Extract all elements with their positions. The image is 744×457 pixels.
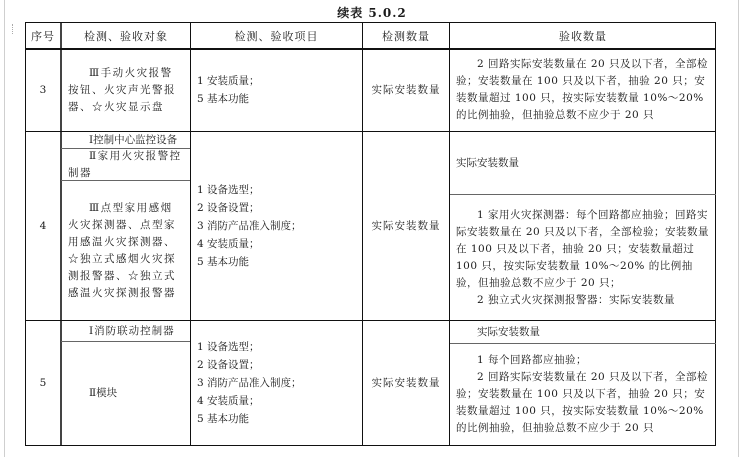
page-right-edge bbox=[738, 0, 739, 457]
row4-accept-qty-2: 1 家用火灾探测器：每个回路都应抽验；回路实际安装数量在 20 只及以下者，全部… bbox=[450, 195, 716, 320]
row4-item-4: 4 安装质量； bbox=[197, 235, 302, 253]
row5-item-3: 3 消防产品准入制度； bbox=[197, 374, 302, 392]
row5-no: 5 bbox=[26, 321, 60, 445]
row3-items-list: 1 安装质量； 5 基本功能 bbox=[197, 72, 260, 108]
row4-accept-qty-1: 实际安装数量 bbox=[450, 132, 716, 194]
row5-accept-qty-2: 1 每个回路都应抽验； 2 回路实际安装数量在 20 只及以下者，全部检验；安装… bbox=[450, 344, 716, 445]
header-object: 检测、验收对象 bbox=[62, 23, 190, 49]
row4-items: 1 设备选型； 2 设备设置； 3 消防产品准入制度； 4 安装质量； 5 基本… bbox=[191, 132, 362, 320]
row5-object-1: Ⅰ消防联动控制器 bbox=[62, 321, 190, 341]
row4-items-list: 1 设备选型； 2 设备设置； 3 消防产品准入制度； 4 安装质量； 5 基本… bbox=[197, 181, 302, 271]
row5-object-2: Ⅱ模块 bbox=[62, 342, 190, 445]
header-accept-qty: 验收数量 bbox=[450, 23, 716, 49]
row4-accept-text-2: 1 家用火灾探测器：每个回路都应抽验；回路实际安装数量在 20 只及以下者，全部… bbox=[456, 207, 710, 292]
row3-item-5: 5 基本功能 bbox=[197, 90, 260, 108]
row5-items: 1 设备选型； 2 设备设置； 3 消防产品准入制度； 4 安装质量； 5 基本… bbox=[191, 321, 362, 445]
header-detect-qty: 检测数量 bbox=[363, 23, 449, 49]
row4-object-2: Ⅱ家用火灾报警控制器 bbox=[62, 149, 190, 180]
row5-accept-qty-1: 实际安装数量 bbox=[450, 321, 716, 343]
row4-detect-qty: 实际安装数量 bbox=[363, 132, 449, 320]
row5-detect-qty: 实际安装数量 bbox=[363, 321, 449, 445]
row4-accept-text-3: 2 独立式火灾探测报警器：实际安装数量 bbox=[456, 292, 710, 309]
row5-item-2: 2 设备设置； bbox=[197, 356, 302, 374]
row3-items: 1 安装质量； 5 基本功能 bbox=[191, 49, 362, 131]
row4-item-2: 2 设备设置； bbox=[197, 199, 302, 217]
row5-accept-text-2: 1 每个回路都应抽验； bbox=[456, 352, 710, 369]
row4-accept-text-1: 实际安装数量 bbox=[456, 155, 519, 172]
row3-detect-qty: 实际安装数量 bbox=[363, 49, 449, 131]
row4-item-1: 1 设备选型； bbox=[197, 181, 302, 199]
row5-accept-text-3: 2 回路实际安装数量在 20 只及以下者，全部检验；安装数量在 100 只及以下… bbox=[456, 369, 710, 437]
row4-object-3-text: Ⅲ点型家用感烟火灾探测器、点型家用感温火灾探测器、☆独立式感烟火灾探测报警器、☆… bbox=[68, 200, 184, 302]
row4-item-5: 5 基本功能 bbox=[197, 253, 302, 271]
row4-item-3: 3 消防产品准入制度； bbox=[197, 217, 302, 235]
inspection-table: 序号 检测、验收对象 检测、验收项目 检测数量 验收数量 3 Ⅲ手动火灾报警按钮… bbox=[25, 22, 716, 446]
row3-accept-qty: 2 回路实际安装数量在 20 只及以下者，全部检验；安装数量在 100 只及以下… bbox=[450, 49, 716, 131]
row5-item-4: 4 安装质量； bbox=[197, 392, 302, 410]
header-no: 序号 bbox=[26, 23, 60, 49]
header-item: 检测、验收项目 bbox=[191, 23, 362, 49]
row4-object-3: Ⅲ点型家用感烟火灾探测器、点型家用感温火灾探测器、☆独立式感烟火灾探测报警器、☆… bbox=[62, 181, 190, 320]
row4-accept-group: 1 家用火灾探测器：每个回路都应抽验；回路实际安装数量在 20 只及以下者，全部… bbox=[456, 207, 710, 309]
row4-object-2-text: Ⅱ家用火灾报警控制器 bbox=[68, 148, 184, 182]
row5-object-1-text: Ⅰ消防联动控制器 bbox=[68, 323, 175, 340]
margin-mark bbox=[12, 24, 15, 34]
row3-object: Ⅲ手动火灾报警按钮、火灾声光警报器、☆火灾显示盘 bbox=[62, 49, 190, 131]
row5-item-1: 1 设备选型； bbox=[197, 338, 302, 356]
row3-accept-text: 2 回路实际安装数量在 20 只及以下者，全部检验；安装数量在 100 只及以下… bbox=[456, 56, 710, 124]
row5-item-5: 5 基本功能 bbox=[197, 410, 302, 428]
row4-object-1-text: Ⅰ控制中心监控设备 bbox=[68, 132, 177, 149]
row5-accept-text-1: 实际安装数量 bbox=[456, 324, 540, 341]
row5-items-list: 1 设备选型； 2 设备设置； 3 消防产品准入制度； 4 安装质量； 5 基本… bbox=[197, 338, 302, 428]
page-left-edge bbox=[4, 0, 5, 457]
row4-no: 4 bbox=[26, 132, 60, 320]
row5-object-2-text: Ⅱ模块 bbox=[68, 385, 117, 402]
table-title: 续表 5.0.2 bbox=[0, 4, 744, 21]
row3-item-1: 1 安装质量； bbox=[197, 72, 260, 90]
row4-object-1: Ⅰ控制中心监控设备 bbox=[62, 132, 190, 148]
row5-accept-group: 1 每个回路都应抽验； 2 回路实际安装数量在 20 只及以下者，全部检验；安装… bbox=[456, 352, 710, 437]
row3-no: 3 bbox=[26, 49, 60, 131]
row3-object-text: Ⅲ手动火灾报警按钮、火灾声光警报器、☆火灾显示盘 bbox=[68, 65, 184, 116]
